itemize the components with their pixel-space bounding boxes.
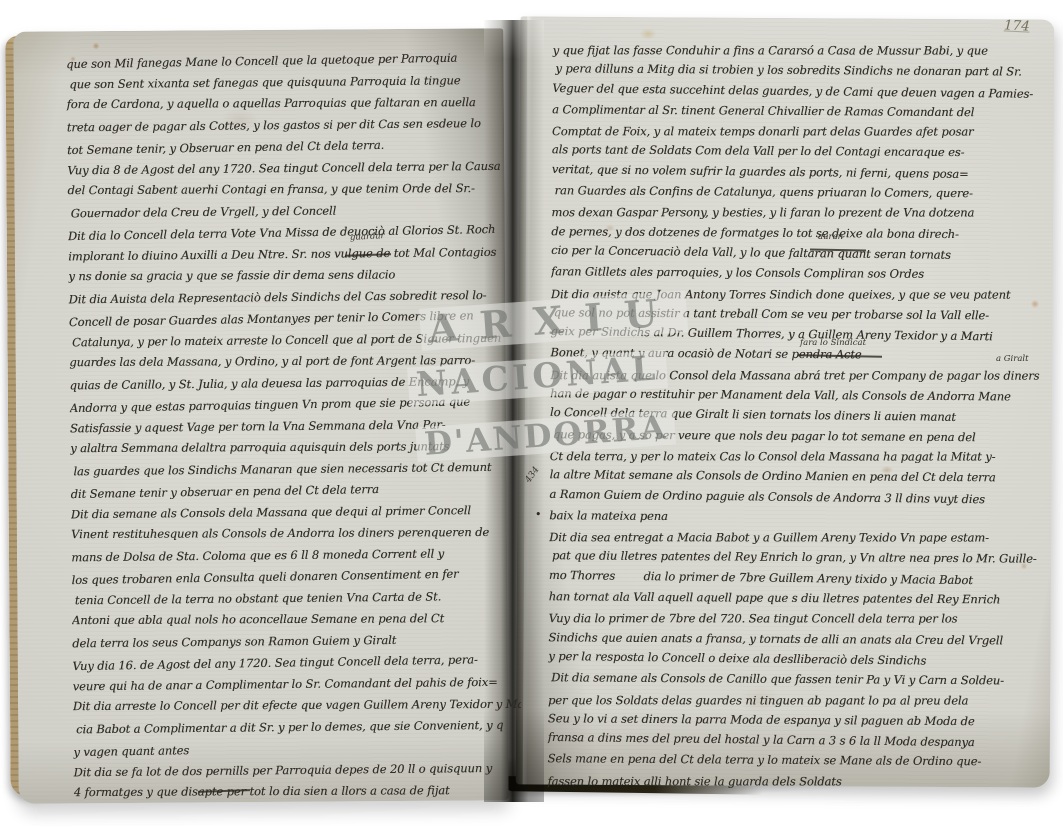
- page-number: 174: [1004, 17, 1031, 34]
- open-manuscript-book: que son Mil fanegas Mane lo Concell que …: [0, 0, 1063, 826]
- manuscript-line: Vinent restituhesquen als Consols de And…: [71, 522, 519, 546]
- interlinear-insertion: fara lo Sindicat: [800, 338, 866, 348]
- interlinear-insertion: a Giralt: [996, 354, 1029, 364]
- manuscript-line: y que fijat las fasse Conduhir a fins a …: [553, 40, 1057, 61]
- manuscript-line: guardes las dela Massana, y Ordino, y al…: [69, 350, 517, 374]
- manuscript-line: 4 formatges y que disapte per tot lo dia…: [74, 780, 522, 804]
- interlinear-insertion: auran: [818, 232, 843, 242]
- manuscript-line: Dit dia arreste lo Concell per dit efect…: [73, 694, 521, 718]
- right-page-text: y que fijat las fasse Conduhir a fins a …: [547, 38, 1056, 798]
- manuscript-line: fora de Cardona, y aquella o aquellas Pa…: [67, 92, 515, 116]
- manuscript-line: y alaltra Semmana delaltra parroquia aqu…: [70, 436, 518, 460]
- interlinear-insertion: guardar: [350, 231, 385, 243]
- manuscript-line: Ct dela terra, y per lo mateix Cas lo Co…: [550, 446, 1054, 467]
- manuscript-line: del Contagi Sabent auerhi Contagi en fra…: [67, 178, 515, 202]
- manuscript-line: fassen lo mateix alli hont sie la guarda…: [547, 771, 1051, 792]
- manuscript-line: y ns donie sa gracia y que se fassie dir…: [68, 264, 516, 288]
- manuscript-line: Dit dia auista que lo Consol dela Massan…: [550, 365, 1054, 386]
- margin-bullet: •: [535, 508, 542, 521]
- manuscript-line: mos dexan Gaspar Persony, y besties, y l…: [551, 203, 1055, 224]
- manuscript-line: Dit dia sea entregat a Macia Babot y a G…: [549, 527, 1053, 548]
- manuscript-line: Comptat de Foix, y al mateix temps donar…: [552, 121, 1056, 142]
- manuscript-line: Vuy dia lo primer de 7bre del 720. Sea t…: [549, 608, 1053, 629]
- manuscript-line: per que los Soldats delas guardes ni tin…: [548, 690, 1052, 711]
- left-page-text: que son Mil fanegas Mane lo Concell que …: [66, 48, 522, 809]
- manuscript-line: Antoni que abla qual nols ho aconcellaue…: [72, 608, 520, 632]
- manuscript-line: Dit dia auista que Joan Antony Torres Si…: [551, 284, 1055, 305]
